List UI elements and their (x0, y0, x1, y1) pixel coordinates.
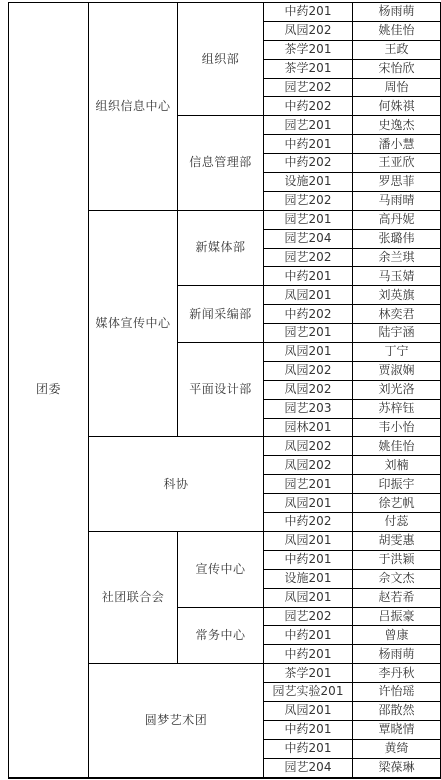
class-cell: 中药201 (264, 267, 353, 286)
student-name-cell: 许怡瑶 (353, 683, 441, 702)
student-name-cell: 何姝祺 (353, 97, 441, 116)
class-cell: 中药201 (264, 550, 353, 569)
class-cell: 中药201 (264, 3, 353, 22)
student-name-cell: 覃晓情 (353, 720, 441, 739)
class-cell: 中药201 (264, 626, 353, 645)
student-name-cell: 马玉婧 (353, 267, 441, 286)
student-name-cell: 刘英旗 (353, 286, 441, 305)
student-name-cell: 王亚欣 (353, 154, 441, 173)
class-cell: 中药202 (264, 97, 353, 116)
student-name-cell: 姚佳怡 (353, 21, 441, 40)
class-cell: 园艺203 (264, 399, 353, 418)
student-name-cell: 胡雯惠 (353, 531, 441, 550)
student-name-cell: 于洪颖 (353, 550, 441, 569)
class-cell: 园艺202 (264, 607, 353, 626)
student-name-cell: 周怡 (353, 78, 441, 97)
class-cell: 凤园202 (264, 456, 353, 475)
center-group-cell: 媒体宣传中心 (89, 210, 178, 437)
student-name-cell: 赵若希 (353, 588, 441, 607)
department-cell: 组织部 (178, 3, 264, 116)
student-name-cell: 梁葆琳 (353, 758, 441, 778)
class-cell: 凤园201 (264, 286, 353, 305)
class-cell: 园林201 (264, 418, 353, 437)
member-row: 团委组织信息中心组织部中药201杨雨萌 (9, 3, 441, 22)
org-structure-table: 团委组织信息中心组织部中药201杨雨萌凤园202姚佳怡茶学201王政茶学201宋… (8, 2, 441, 779)
root-org-cell: 团委 (9, 3, 89, 779)
student-name-cell: 张璐伟 (353, 229, 441, 248)
class-cell: 凤园202 (264, 361, 353, 380)
department-cell: 平面设计部 (178, 343, 264, 437)
student-name-cell: 杨雨萌 (353, 3, 441, 22)
center-group-cell: 组织信息中心 (89, 3, 178, 211)
student-name-cell: 黄绮 (353, 739, 441, 758)
student-name-cell: 余兰琪 (353, 248, 441, 267)
class-cell: 设施201 (264, 569, 353, 588)
student-name-cell: 刘楠 (353, 456, 441, 475)
class-cell: 凤园201 (264, 701, 353, 720)
student-name-cell: 陆宇涵 (353, 324, 441, 343)
student-name-cell: 王政 (353, 40, 441, 59)
student-name-cell: 印振宇 (353, 475, 441, 494)
student-name-cell: 曾康 (353, 626, 441, 645)
class-cell: 茶学201 (264, 40, 353, 59)
department-cell: 新媒体部 (178, 210, 264, 286)
student-name-cell: 苏梓钰 (353, 399, 441, 418)
class-cell: 园艺201 (264, 475, 353, 494)
class-cell: 园艺201 (264, 116, 353, 135)
center-group-cell: 社团联合会 (89, 531, 178, 663)
center-group-cell: 科协 (89, 437, 264, 531)
class-cell: 园艺实验201 (264, 683, 353, 702)
class-cell: 凤园201 (264, 494, 353, 513)
class-cell: 凤园201 (264, 343, 353, 362)
class-cell: 中药201 (264, 739, 353, 758)
class-cell: 凤园201 (264, 531, 353, 550)
class-cell: 中药202 (264, 154, 353, 173)
class-cell: 园艺201 (264, 324, 353, 343)
student-name-cell: 高丹妮 (353, 210, 441, 229)
class-cell: 中药202 (264, 305, 353, 324)
student-name-cell: 马雨晴 (353, 191, 441, 210)
student-name-cell: 贾淑娴 (353, 361, 441, 380)
class-cell: 园艺202 (264, 248, 353, 267)
student-name-cell: 韦小怡 (353, 418, 441, 437)
class-cell: 中药201 (264, 720, 353, 739)
student-name-cell: 佘文杰 (353, 569, 441, 588)
student-name-cell: 杨雨萌 (353, 645, 441, 664)
class-cell: 凤园202 (264, 437, 353, 456)
department-cell: 常务中心 (178, 607, 264, 664)
student-name-cell: 潘小慧 (353, 135, 441, 154)
class-cell: 茶学201 (264, 664, 353, 683)
class-cell: 园艺202 (264, 191, 353, 210)
class-cell: 园艺204 (264, 758, 353, 778)
class-cell: 园艺204 (264, 229, 353, 248)
student-name-cell: 邵散然 (353, 701, 441, 720)
class-cell: 园艺202 (264, 78, 353, 97)
student-name-cell: 丁宁 (353, 343, 441, 362)
student-name-cell: 吕振豪 (353, 607, 441, 626)
class-cell: 凤园202 (264, 380, 353, 399)
student-name-cell: 姚佳怡 (353, 437, 441, 456)
class-cell: 园艺201 (264, 210, 353, 229)
class-cell: 茶学201 (264, 59, 353, 78)
department-cell: 信息管理部 (178, 116, 264, 210)
org-table-body: 团委组织信息中心组织部中药201杨雨萌凤园202姚佳怡茶学201王政茶学201宋… (9, 3, 441, 779)
class-cell: 设施201 (264, 173, 353, 192)
class-cell: 凤园201 (264, 588, 353, 607)
student-name-cell: 罗思菲 (353, 173, 441, 192)
class-cell: 中药201 (264, 135, 353, 154)
student-name-cell: 林奕君 (353, 305, 441, 324)
student-name-cell: 李丹秋 (353, 664, 441, 683)
department-cell: 新闻采编部 (178, 286, 264, 343)
class-cell: 中药201 (264, 645, 353, 664)
class-cell: 凤园202 (264, 21, 353, 40)
center-group-cell: 圆梦艺术团 (89, 664, 264, 778)
student-name-cell: 宋怡欣 (353, 59, 441, 78)
department-cell: 宣传中心 (178, 531, 264, 607)
student-name-cell: 徐艺帆 (353, 494, 441, 513)
student-name-cell: 刘光洛 (353, 380, 441, 399)
student-name-cell: 史逸杰 (353, 116, 441, 135)
student-name-cell: 付蕊 (353, 513, 441, 532)
class-cell: 中药202 (264, 513, 353, 532)
